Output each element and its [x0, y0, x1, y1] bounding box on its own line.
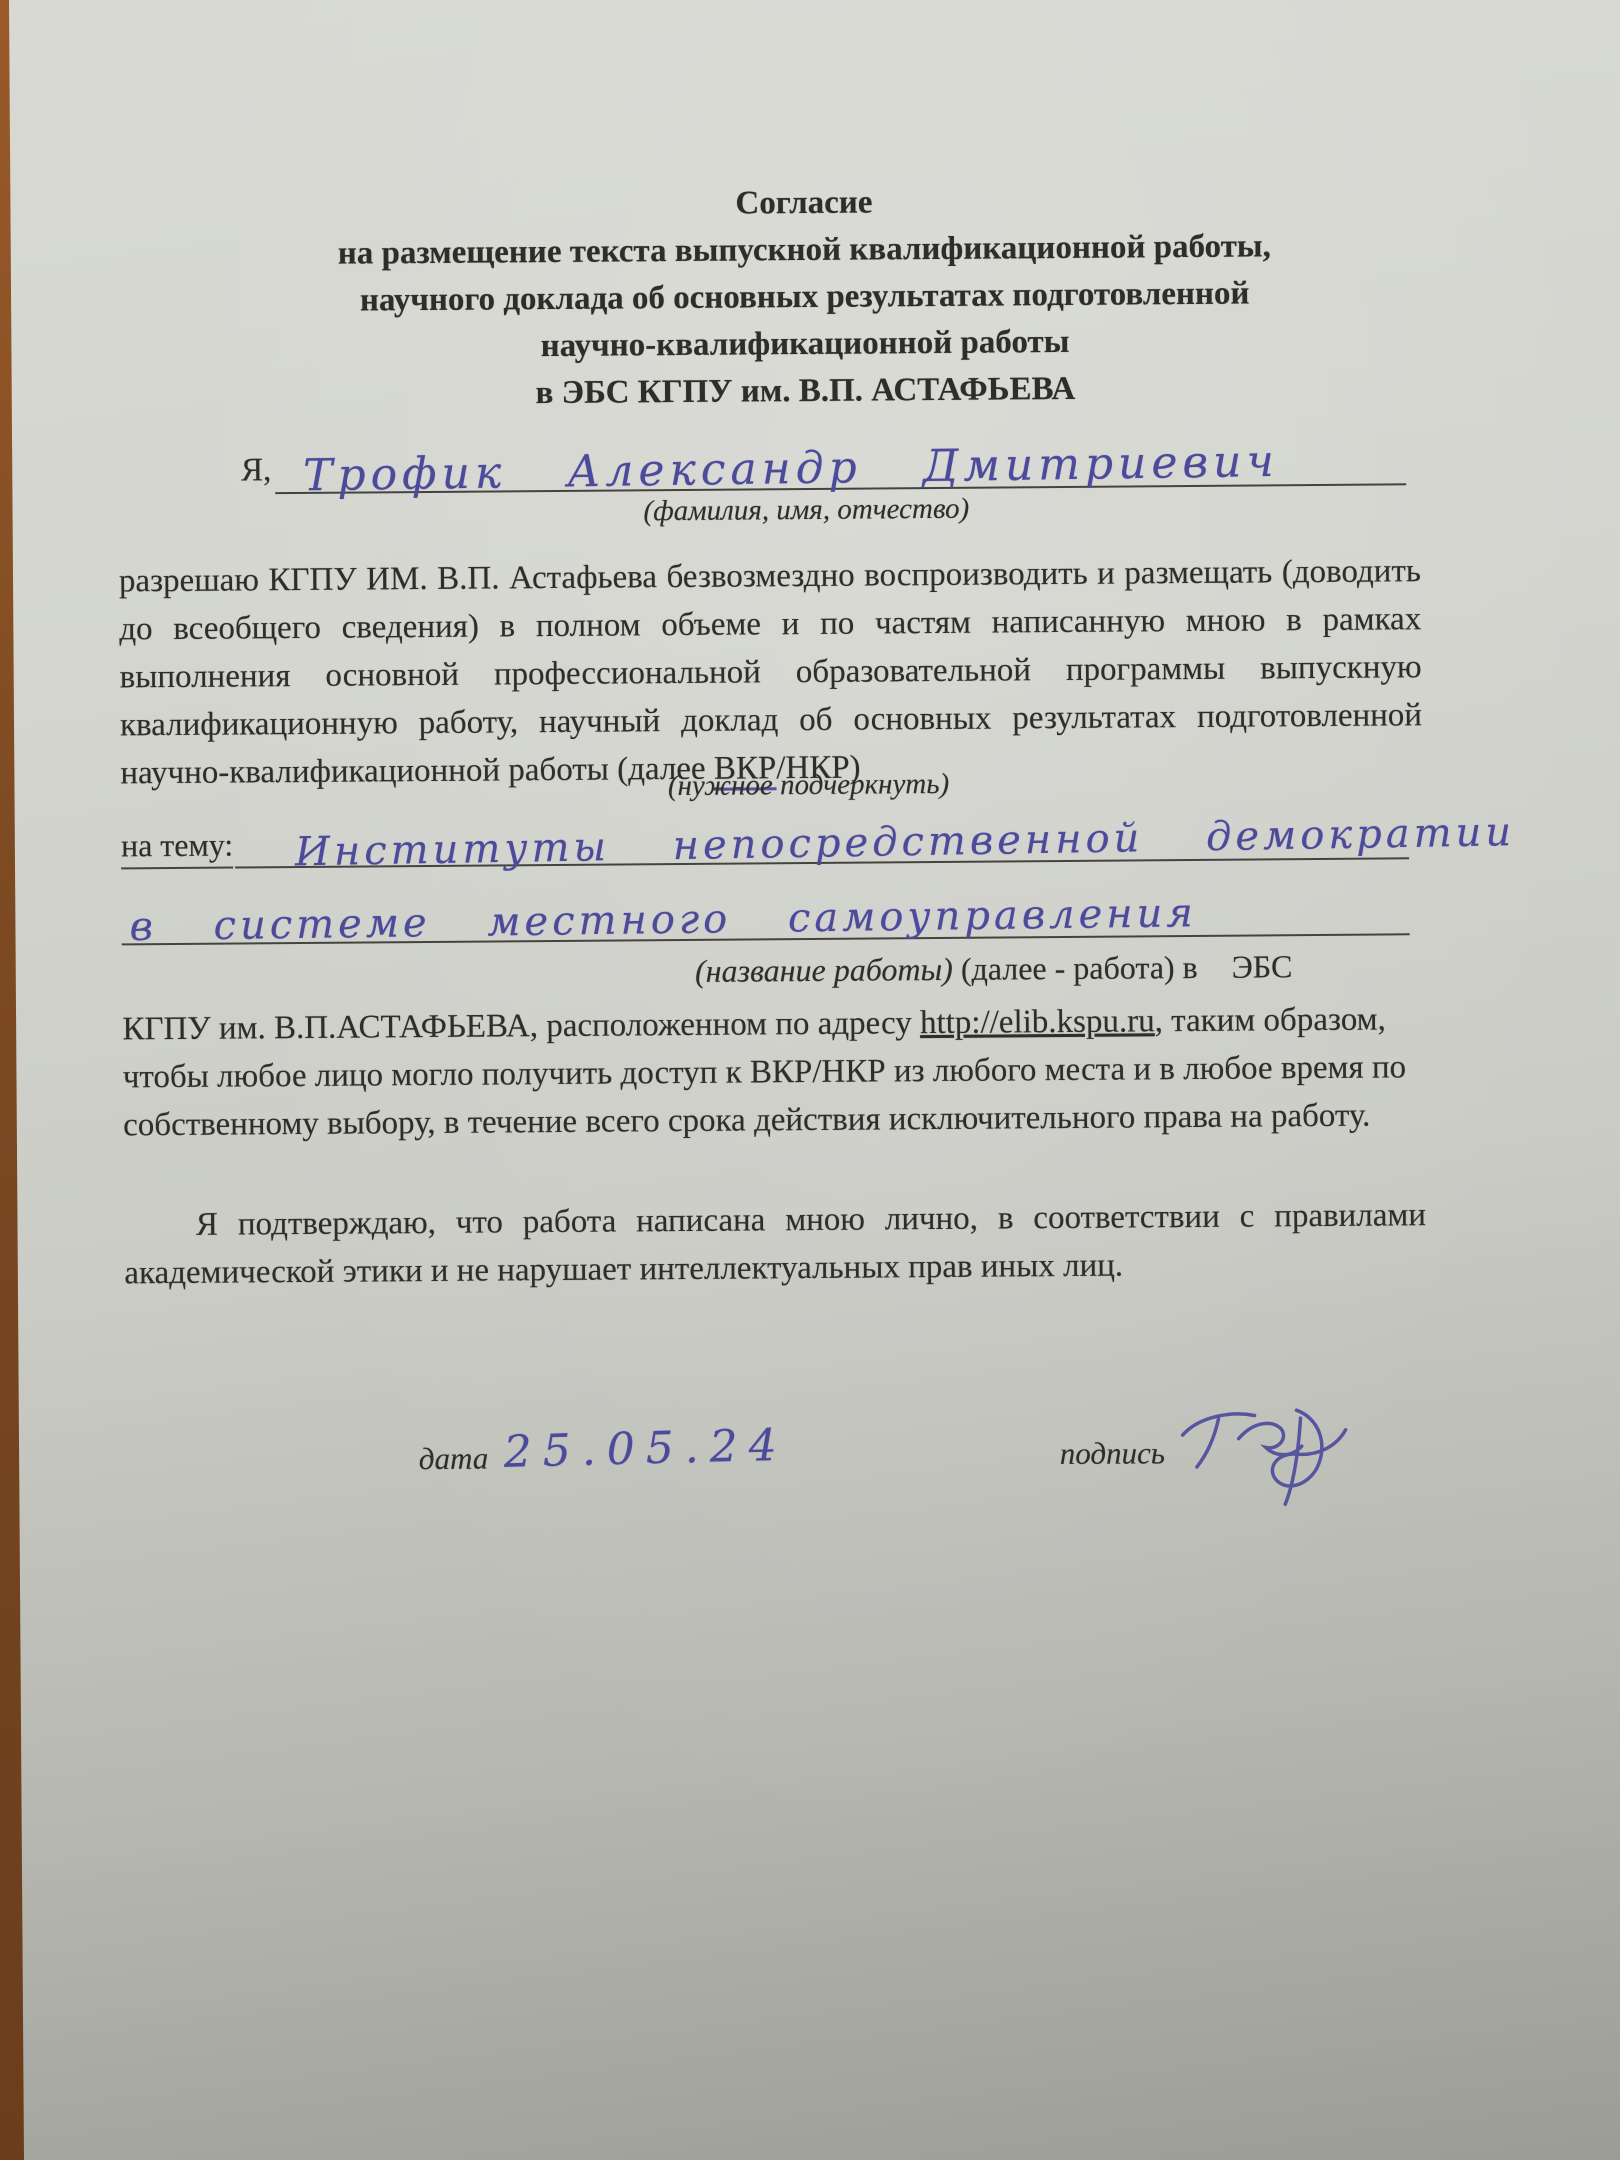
- ebs-paragraph: КГПУ им. В.П.АСТАФЬЕВА, расположенном по…: [122, 995, 1425, 1149]
- topic-blank-line-2: в системе местного самоуправления: [121, 877, 1409, 945]
- ebs-text-before-link: КГПУ им. В.П.АСТАФЬЕВА, расположенном по…: [122, 1005, 920, 1047]
- ebs-abbrev: ЭБС: [1232, 948, 1293, 984]
- handwritten-date: 25.05.24: [503, 1420, 788, 1478]
- work-name-clause: (название работы) (далее - работа) вЭБС: [695, 948, 1293, 990]
- handwritten-topic-line-1: Институты непосредственной демократии: [295, 809, 1516, 875]
- signature-label: подпись: [1060, 1435, 1165, 1472]
- permission-paragraph: разрешаю КГПУ ИМ. В.П. Астафьева безвозм…: [119, 547, 1423, 797]
- topic-label: на тему:: [121, 825, 234, 870]
- declarant-row: Я, Трофик Александр Дмитриевич: [241, 425, 1406, 494]
- elib-url: http://elib.kspu.ru: [920, 1003, 1155, 1041]
- date-label: дата: [419, 1441, 489, 1478]
- consent-form: Согласие на размещение текста выпускной …: [0, 0, 1620, 2160]
- document-title: Согласие на размещение текста выпускной …: [54, 174, 1556, 421]
- work-name-caption: (название работы): [695, 951, 953, 989]
- topic-blank-line-1: Институты непосредственной демократии: [235, 801, 1409, 868]
- work-after-caption: (далее - работа) в: [953, 949, 1198, 987]
- footer-row: дата 25.05.24 подпись: [4, 1414, 1620, 1547]
- confirmation-paragraph: Я подтверждаю, что работа написана мною …: [124, 1191, 1427, 1297]
- declarant-prefix: Я,: [241, 450, 272, 494]
- topic-row-1: на тему: Институты непосредственной демо…: [121, 801, 1409, 869]
- handwritten-topic-line-2: в системе местного самоуправления: [129, 890, 1197, 950]
- fio-caption: (фамилия, имя, отчество): [56, 488, 1556, 533]
- signature-scribble: [1168, 1388, 1359, 1519]
- name-blank-line: Трофик Александр Дмитриевич: [275, 425, 1406, 494]
